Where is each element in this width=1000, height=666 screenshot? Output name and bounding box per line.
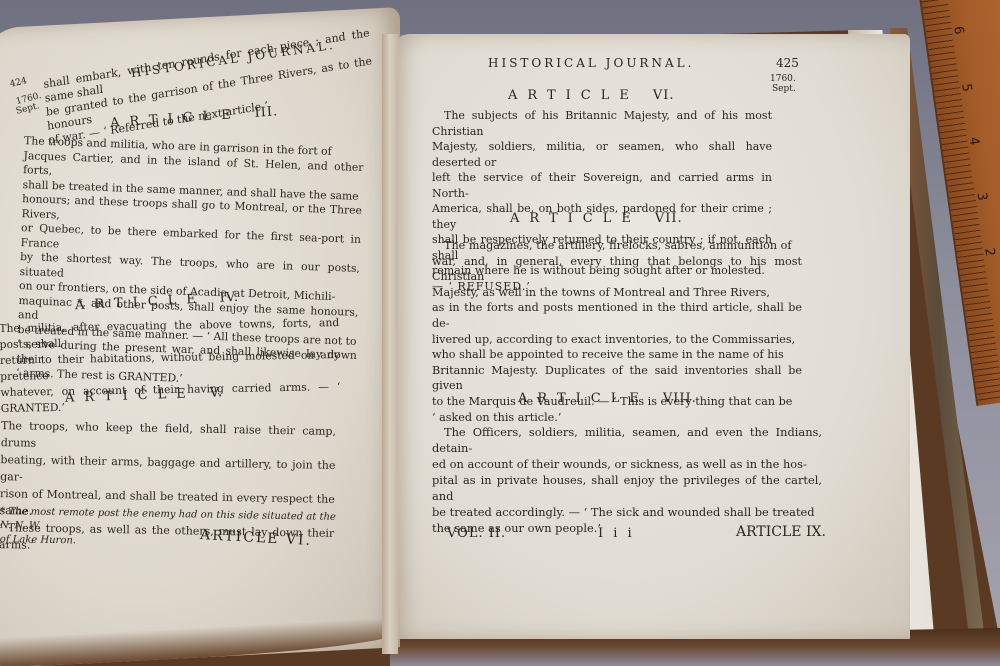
ruler-number: 5 [958, 83, 974, 93]
text-line: The subjects of his Britannic Majesty, a… [432, 108, 772, 139]
right-article-6-heading: ARTICLEVI. [508, 88, 674, 103]
article-number: VIII. [663, 391, 697, 406]
right-running-head: HISTORICAL JOURNAL. [488, 56, 694, 70]
article-number: IV. [219, 290, 239, 306]
text-line: Majesty, as well in the towns of Montrea… [432, 285, 802, 301]
text-line: be treated accordingly. — ‘ The sick and… [432, 504, 822, 520]
text-line: livered up, according to exact inventori… [432, 332, 802, 348]
ruler-number: 6 [950, 25, 966, 35]
text-line: beating, with their arms, baggage and ar… [0, 451, 336, 491]
text-line: war, and, in general, every thing that b… [432, 254, 802, 285]
article-number: VII. [655, 211, 683, 226]
text-line: left the service of their Sovereign, and… [432, 170, 772, 201]
text-line: The Officers, soldiers, militia, seamen,… [432, 424, 822, 456]
text-line: ed on account of their wounds, or sickne… [432, 456, 822, 472]
text-line: as in the forts and posts mentioned in t… [432, 300, 802, 331]
ruler-number: 2 [981, 247, 997, 257]
text-line: who shall be appointed to receive the sa… [432, 347, 802, 363]
ruler-number: 4 [966, 136, 982, 146]
right-article-8-body: The Officers, soldiers, militia, seamen,… [432, 424, 822, 536]
volume-signature: VOL. II. [447, 526, 506, 541]
gathering-signature: I i i [598, 526, 635, 541]
right-catchword: ARTICLE IX. [736, 524, 826, 540]
article-label: ARTICLE [518, 391, 649, 406]
text-line: Britannic Majesty. Duplicates of the sai… [432, 363, 802, 394]
text-line: ‘ asked on this article.’ [432, 410, 802, 426]
book-gutter [382, 34, 398, 654]
text-line: Majesty, soldiers, militia, or seamen, w… [432, 139, 772, 170]
text-line: pital as in private houses, shall enjoy … [432, 472, 822, 504]
right-article-7-heading: ARTICLEVII. [510, 211, 683, 226]
article-number: VI. [653, 88, 675, 103]
article-number: III. [254, 104, 279, 121]
article-number: V. [210, 385, 224, 400]
right-page-number: 425 [776, 56, 799, 70]
text-line: The magazines, the artillery, firelocks,… [432, 238, 802, 254]
right-margin-month: Sept. [772, 84, 796, 95]
text-line: The troops, who keep the field, shall ra… [1, 417, 337, 457]
right-article-8-heading: ARTICLEVIII. [518, 391, 697, 406]
ruler-number: 3 [974, 192, 990, 202]
article-label: ARTICLE [508, 88, 639, 103]
article-label: ARTICLE [510, 211, 641, 226]
